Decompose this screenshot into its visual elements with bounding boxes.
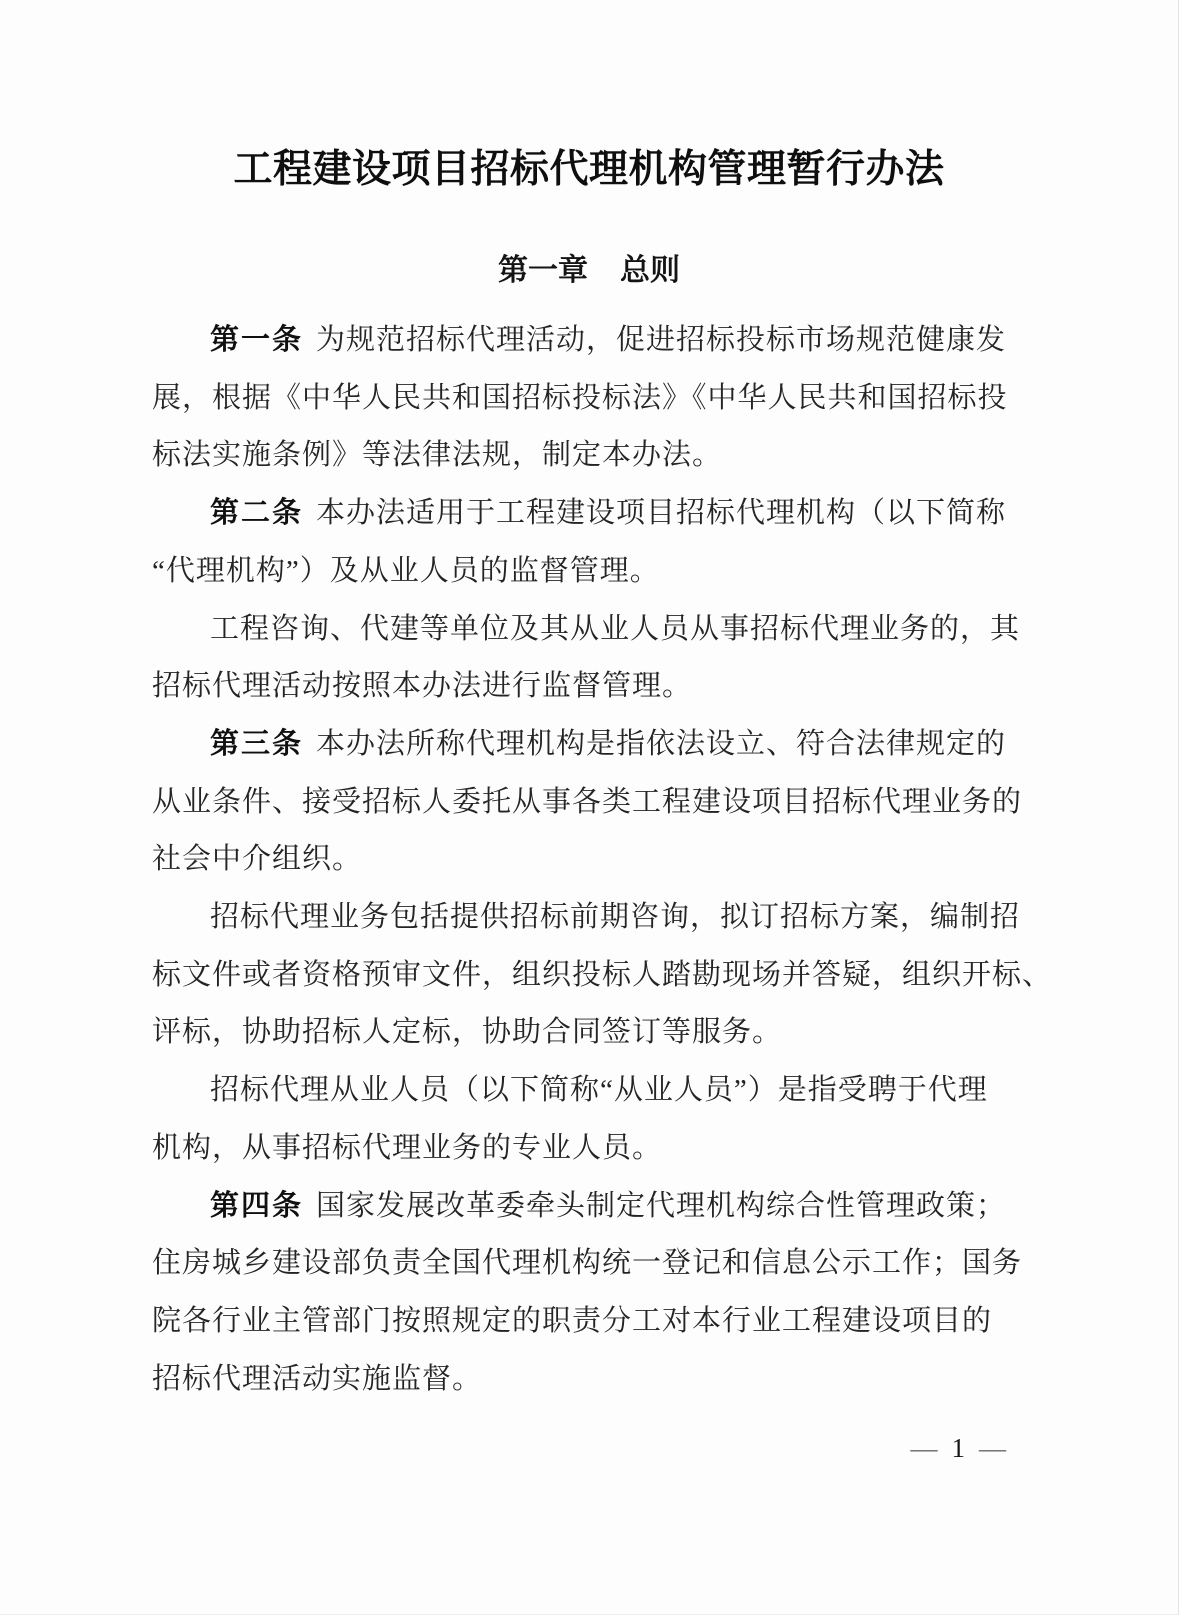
body-line: 第四条国家发展改革委牵头制定代理机构综合性管理政策；	[152, 1178, 1038, 1236]
body-line: 住房城乡建设部负责全国代理机构统一登记和信息公示工作；国务	[152, 1235, 1038, 1293]
body-line: 工程咨询、代建等单位及其从业人员从事招标代理业务的，其	[152, 601, 1038, 659]
body-line-text: 评标，协助招标人定标，协助合同签订等服务。	[152, 1016, 782, 1048]
body-line: 招标代理从业人员（以下简称“从业人员”）是指受聘于代理	[152, 1062, 1038, 1120]
body-line: 标法实施条例》等法律法规，制定本办法。	[152, 427, 1038, 485]
body-line-text: 招标代理从业人员（以下简称“从业人员”）是指受聘于代理	[210, 1074, 988, 1106]
body-line-text: 院各行业主管部门按照规定的职责分工对本行业工程建设项目的	[152, 1305, 992, 1337]
body-line-text: 国家发展改革委牵头制定代理机构综合性管理政策；	[316, 1190, 1006, 1222]
footer-dash-left: —	[911, 1433, 938, 1463]
article-number: 第三条	[210, 728, 303, 760]
body-line: 招标代理活动按照本办法进行监督管理。	[152, 658, 1038, 716]
chapter-name: 总则	[620, 254, 680, 287]
page-number: 1	[952, 1428, 966, 1468]
document-page: 工程建设项目招标代理机构管理暂行办法 第一章总则 第一条为规范招标代理活动，促进…	[0, 0, 1179, 1615]
page-footer: —1—	[911, 1428, 1007, 1468]
article-number: 第一条	[210, 324, 303, 356]
article-number: 第二条	[210, 497, 303, 529]
body-line: 从业条件、接受招标人委托从事各类工程建设项目招标代理业务的	[152, 774, 1038, 832]
body-line-text: 招标代理活动实施监督。	[152, 1363, 482, 1395]
body-line: 第三条本办法所称代理机构是指依法设立、符合法律规定的	[152, 716, 1038, 774]
document-body: 第一条为规范招标代理活动，促进招标投标市场规范健康发展，根据《中华人民共和国招标…	[152, 312, 1038, 1408]
document-title: 工程建设项目招标代理机构管理暂行办法	[0, 147, 1178, 193]
body-line-text: 工程咨询、代建等单位及其从业人员从事招标代理业务的，其	[210, 613, 1020, 645]
body-line: 第一条为规范招标代理活动，促进招标投标市场规范健康发	[152, 312, 1038, 370]
body-line-text: 标文件或者资格预审文件，组织投标人踏勘现场并答疑，组织开标、	[152, 959, 1052, 991]
body-line-text: 住房城乡建设部负责全国代理机构统一登记和信息公示工作；国务	[152, 1247, 1022, 1279]
body-line-text: 本办法所称代理机构是指依法设立、符合法律规定的	[316, 728, 1006, 760]
body-line-text: 为规范招标代理活动，促进招标投标市场规范健康发	[316, 324, 1006, 356]
body-line: 机构，从事招标代理业务的专业人员。	[152, 1120, 1038, 1178]
body-line: “代理机构”）及从业人员的监督管理。	[152, 543, 1038, 601]
body-line: 标文件或者资格预审文件，组织投标人踏勘现场并答疑，组织开标、	[152, 947, 1038, 1005]
body-line-text: 社会中介组织。	[152, 843, 362, 875]
body-line-text: “代理机构”）及从业人员的监督管理。	[152, 555, 660, 587]
body-line: 展，根据《中华人民共和国招标投标法》《中华人民共和国招标投	[152, 370, 1038, 428]
body-line: 评标，协助招标人定标，协助合同签订等服务。	[152, 1004, 1038, 1062]
chapter-number: 第一章	[498, 254, 588, 287]
body-line: 招标代理业务包括提供招标前期咨询，拟订招标方案，编制招	[152, 889, 1038, 947]
body-line-text: 本办法适用于工程建设项目招标代理机构（以下简称	[316, 497, 1006, 529]
body-line: 招标代理活动实施监督。	[152, 1351, 1038, 1409]
footer-dash-right: —	[979, 1433, 1006, 1463]
chapter-heading: 第一章总则	[0, 255, 1178, 287]
body-line-text: 从业条件、接受招标人委托从事各类工程建设项目招标代理业务的	[152, 786, 1022, 818]
body-line: 院各行业主管部门按照规定的职责分工对本行业工程建设项目的	[152, 1293, 1038, 1351]
article-number: 第四条	[210, 1190, 303, 1222]
body-line: 第二条本办法适用于工程建设项目招标代理机构（以下简称	[152, 485, 1038, 543]
body-line-text: 招标代理业务包括提供招标前期咨询，拟订招标方案，编制招	[210, 901, 1020, 933]
body-line-text: 机构，从事招标代理业务的专业人员。	[152, 1132, 662, 1164]
body-line-text: 招标代理活动按照本办法进行监督管理。	[152, 670, 692, 702]
body-line: 社会中介组织。	[152, 831, 1038, 889]
body-line-text: 展，根据《中华人民共和国招标投标法》《中华人民共和国招标投	[152, 382, 1008, 414]
body-line-text: 标法实施条例》等法律法规，制定本办法。	[152, 439, 722, 471]
